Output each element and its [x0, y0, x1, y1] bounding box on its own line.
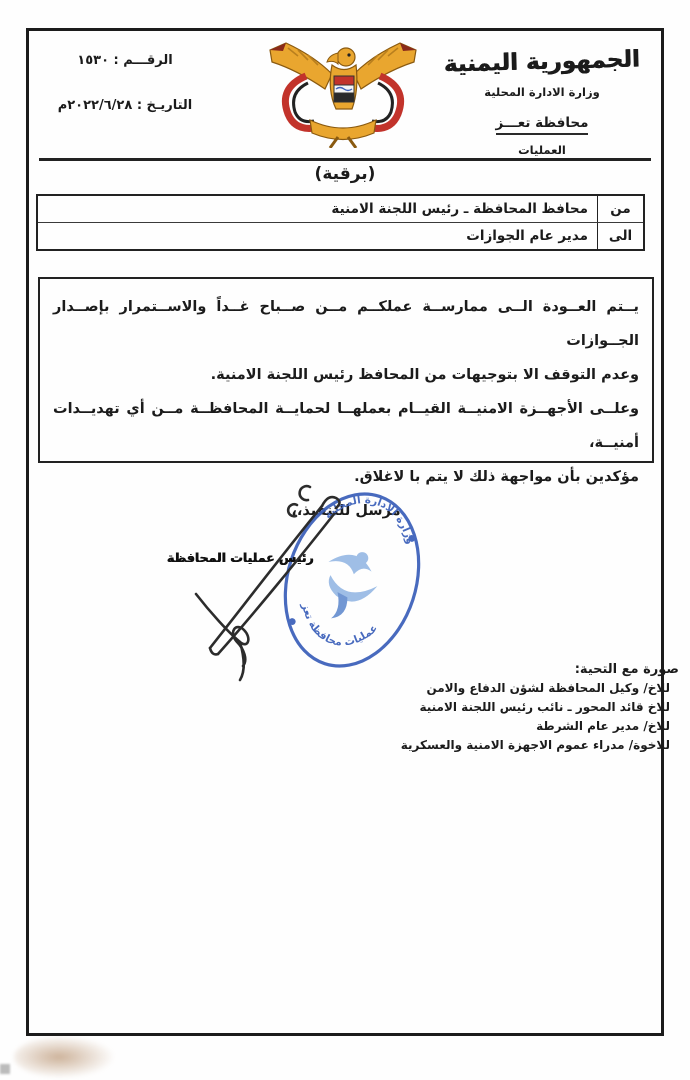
message-body-box: يــتم العــودة الــى ممارســة عملكــم مـ…	[38, 277, 654, 463]
routing-table: من محافظ المحافظة ـ رئيس اللجنة الامنية …	[36, 194, 645, 251]
routing-to-value: مدير عام الجوازات	[38, 223, 597, 250]
cc-item: للاخ/ وكيل المحافظة لشؤن الدفاع والامن	[401, 679, 670, 698]
scan-corner-mark	[0, 1064, 10, 1074]
letterhead-left-block: الرقـــم : ١٥٣٠ التاريـخ : ٢٠٢٢/٦/٢٨م	[45, 53, 205, 113]
document-date: التاريـخ : ٢٠٢٢/٦/٢٨م	[45, 98, 205, 113]
body-line: يــتم العــودة الــى ممارســة عملكــم مـ…	[53, 290, 639, 358]
republic-name-calligraphy: الجمهورية اليمنية	[437, 46, 648, 77]
governorate-name: محافظة تعـــز	[496, 115, 589, 135]
letterhead-right-block: الجمهورية اليمنية وزارة الادارة المحلية …	[437, 49, 647, 157]
routing-from-value: محافظ المحافظة ـ رئيس اللجنة الامنية	[38, 196, 597, 222]
cc-block: صورة مع التحية: للاخ/ وكيل المحافظة لشؤن…	[401, 662, 679, 755]
cc-item: للاخ/ مدير عام الشرطة	[401, 717, 670, 736]
routing-row-to: الى مدير عام الجوازات	[38, 223, 643, 250]
routing-to-label: الى	[597, 223, 643, 250]
handwritten-signature-icon	[140, 470, 380, 690]
document-title: (برقية)	[29, 164, 661, 184]
cc-item: للاخوة/ مدراء عموم الاجهزة الامنية والعس…	[401, 736, 670, 755]
document-border: الجمهورية اليمنية وزارة الادارة المحلية …	[26, 28, 664, 1036]
routing-from-label: من	[597, 196, 643, 222]
routing-row-from: من محافظ المحافظة ـ رئيس اللجنة الامنية	[38, 196, 643, 223]
governorate-wrap: محافظة تعـــز	[437, 106, 647, 135]
header-divider-rule	[39, 158, 651, 161]
body-line: وعدم التوقف الا بتوجيهات من المحافظ رئيس…	[53, 358, 639, 392]
cc-heading: صورة مع التحية:	[401, 662, 679, 677]
body-line: وعلــى الأجهــزة الامنيــة القيــام بعمل…	[53, 392, 639, 460]
ministry-name: وزارة الادارة المحلية	[437, 85, 647, 99]
yemen-coat-of-arms-icon	[268, 36, 418, 148]
department-name: العمليات	[437, 143, 647, 157]
scanned-telegram-document: الجمهورية اليمنية وزارة الادارة المحلية …	[0, 0, 690, 1080]
document-number: الرقـــم : ١٥٣٠	[45, 53, 205, 68]
scan-smudge	[14, 1036, 114, 1078]
cc-item: للاخ قائد المحور ـ نائب رئيس اللجنة الام…	[401, 698, 670, 717]
cc-items: للاخ/ وكيل المحافظة لشؤن الدفاع والامن ل…	[401, 679, 670, 755]
